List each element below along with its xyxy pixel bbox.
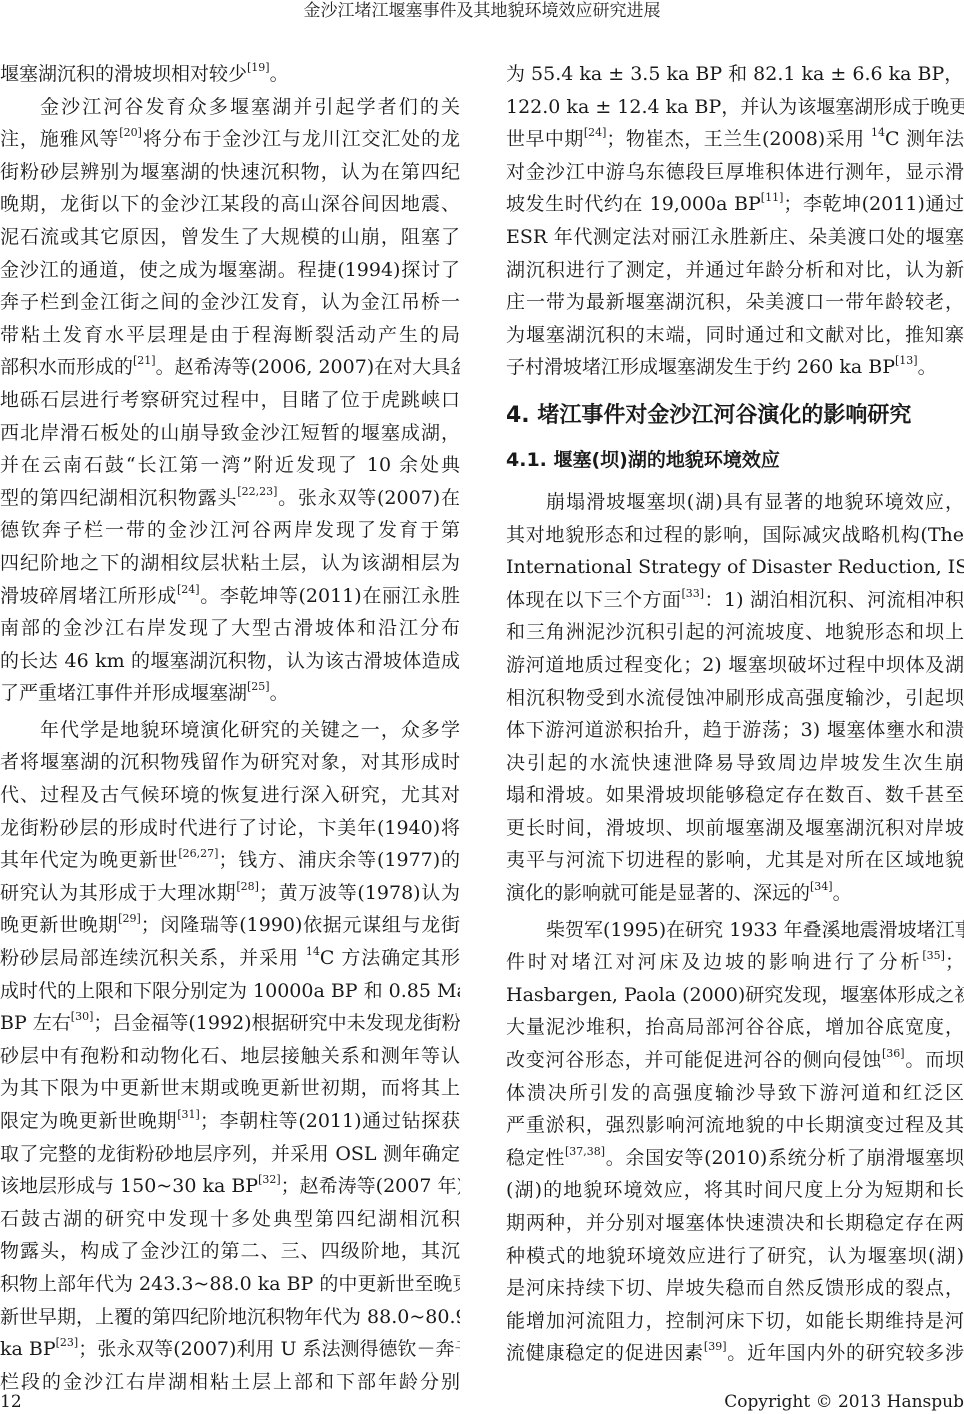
citation-ref: [23] (56, 1336, 79, 1349)
text-line: 注，施雅风等[20]将分布于金沙江与龙川江交汇处的龙 (0, 123, 460, 156)
citation-ref: [19] (247, 61, 270, 74)
text-line: 限定为晚更新世晚期[31]；李朝柱等(2011)通过钻探获 (0, 1105, 460, 1138)
text-line: 地砾石层进行考察研究过程中，目睹了位于虎跳峡口 (0, 384, 460, 417)
text-line: 为其下限为中更新世末期或晚更新世初期，而将其上 (0, 1072, 460, 1105)
text-line: 柴贺军(1995)在研究 1933 年叠溪地震滑坡堵江事 (506, 914, 964, 947)
text-line: 严重淤积，强烈影响河流地貌的中长期演变过程及其 (506, 1109, 964, 1142)
text-line: 了严重堵江事件并形成堰塞湖[25]。 (0, 677, 460, 710)
text-line: 改变河谷形态，并可能促进河谷的侧向侵蚀[36]。而坝 (506, 1044, 964, 1077)
left-column: 堰塞湖沉积的滑坡坝相对较少[19]。金沙江河谷发育众多堰塞湖并引起学者们的关注，… (0, 58, 460, 1398)
text-line: 积物上部年代为 243.3~88.0 ka BP 的中更新世至晚更 (0, 1268, 460, 1301)
text-line: 晚更新世晚期[29]；闵隆瑞等(1990)依据元谋组与龙街 (0, 909, 460, 942)
citation-ref: [29] (118, 912, 141, 925)
text-line: 流健康稳定的促进因素[39]。近年国内外的研究较多涉 (506, 1337, 964, 1370)
text-line: 者将堰塞湖的沉积物残留作为研究对象，对其形成时 (0, 746, 460, 779)
text-line: 部积水而形成的[21]。赵希涛等(2006, 2007)在对大具盆 (0, 351, 460, 384)
text-line: 夷平与河流下切进程的影响，尤其是对所在区域地貌 (506, 844, 964, 877)
text-line: 大量泥沙堆积，抬高局部河谷谷底，增加谷底宽度， (506, 1011, 964, 1044)
citation-ref: [20] (119, 126, 142, 139)
running-header: 金沙江堵江堰塞事件及其地貌环境效应研究进展 (0, 0, 964, 22)
text-line: 取了完整的龙街粉砂地层序列，并采用 OSL 测年确定 (0, 1138, 460, 1171)
text-line: 砂层中有孢粉和动物化石、地层接触关系和测年等认 (0, 1040, 460, 1073)
citation-ref: [13] (895, 354, 918, 367)
copyright: Copyright © 2013 Hanspub (724, 1392, 964, 1412)
text-line: 坡发生时代约在 19,000a BP[11]；李乾坤(2011)通过 (506, 188, 964, 221)
text-line: 体溃决所引发的高强度输沙导致下游河道和红泛区 (506, 1077, 964, 1110)
text-line: 型的第四纪湖相沉积物露头[22,23]。张永双等(2007)在 (0, 482, 460, 515)
text-line: BP 左右[30]；吕金福等(1992)根据研究中未发现龙街粉 (0, 1007, 460, 1040)
text-line: 能增加河流阻力，控制河床下切，如能长期维持是河 (506, 1305, 964, 1338)
text-line: (湖)的地貌环境效应，将其时间尺度上分为短期和长 (506, 1174, 964, 1207)
citation-ref: [28] (236, 880, 259, 893)
text-line: 122.0 ka ± 12.4 ka BP，并认为该堰塞湖形成于晚更新 (506, 91, 964, 124)
citation-ref: [36] (882, 1047, 905, 1060)
citation-ref: [39] (704, 1340, 727, 1353)
text-line: 其对地貌形态和过程的影响，国际减灾战略机构(The (506, 519, 964, 552)
citation-ref: [35] (922, 949, 945, 962)
text-line: 晚期，龙街以下的金沙江某段的高山深谷间因地震、 (0, 188, 460, 221)
text-line: 为堰塞湖沉积的末端，同时通过和文献对比，推知寨 (506, 319, 964, 352)
text-line: 该地层形成与 150~30 ka BP[32]；赵希涛等(2007 年)对 (0, 1170, 460, 1203)
text-line: 子村滑坡堵江形成堰塞湖发生于约 260 ka BP[13]。 (506, 351, 964, 384)
text-line: 的长达 46 km 的堰塞湖沉积物，认为该古滑坡体造成 (0, 645, 460, 678)
text-line: 更长时间，滑坡坝、坝前堰塞湖及堰塞湖沉积对岸坡 (506, 812, 964, 845)
text-line: 演化的影响就可能是显著的、深远的[34]。 (506, 877, 964, 910)
superscript: 14 (306, 945, 320, 958)
citation-ref: [24] (584, 126, 607, 139)
text-line: 石鼓古湖的研究中发现十多处典型第四纪湖相沉积 (0, 1203, 460, 1236)
text-line: ka BP[23]；张永双等(2007)利用 U 系法测得德钦－奔子 (0, 1333, 460, 1366)
text-line: 其年代定为晚更新世[26,27]；钱方、浦庆余等(1977)的 (0, 844, 460, 877)
text-line: 体下游河道淤积抬升，趋于游荡；3) 堰塞体壅水和溃 (506, 714, 964, 747)
text-line: 成时代的上限和下限分别定为 10000a BP 和 0.85 Ma (0, 975, 460, 1008)
text-line: 世早中期[24]；物崔杰，王兰生(2008)采用 14C 测年法 (506, 123, 964, 156)
subsection-heading: 4.1. 堰塞(坝)湖的地貌环境效应 (506, 440, 964, 480)
citation-ref: [26,27] (178, 847, 218, 860)
text-line: 德钦奔子栏一带的金沙江河谷两岸发现了发育于第 (0, 514, 460, 547)
citation-ref: [21] (133, 354, 156, 367)
text-line: 并在云南石鼓“长江第一湾”附近发现了 10 余处典 (0, 449, 460, 482)
citation-ref: [11] (761, 191, 784, 204)
text-line: 物露头，构成了金沙江的第二、三、四级阶地，其沉 (0, 1235, 460, 1268)
text-line: 体现在以下三个方面[33]：1) 湖泊相沉积、河流相冲积 (506, 584, 964, 617)
text-line: 代、过程及古气候环境的恢复进行深入研究，尤其对 (0, 779, 460, 812)
page-number: 12 (0, 1392, 22, 1412)
text-line: 游河道地质过程变化；2) 堰塞坝破坏过程中坝体及湖 (506, 649, 964, 682)
text-line: 滑坡碎屑堵江所形成[24]。李乾坤等(2011)在丽江永胜 (0, 580, 460, 613)
text-line: 泥石流或其它原因，曾发生了大规模的山崩，阻塞了 (0, 221, 460, 254)
citation-ref: [25] (247, 680, 270, 693)
text-line: 稳定性[37,38]。余国安等(2010)系统分析了崩滑堰塞坝 (506, 1142, 964, 1175)
right-column: 为 55.4 ka ± 3.5 ka BP 和 82.1 ka ± 6.6 ka… (506, 58, 964, 1370)
text-line: 年代学是地貌环境演化研究的关键之一，众多学 (0, 714, 460, 747)
text-line: 南部的金沙江右岸发现了大型古滑坡体和沿江分布 (0, 612, 460, 645)
text-line: 决引起的水流快速泄降易导致周边岸坡发生次生崩 (506, 747, 964, 780)
text-line: 金沙江的通道，使之成为堰塞湖。程捷(1994)探讨了 (0, 254, 460, 287)
text-line: 堰塞湖沉积的滑坡坝相对较少[19]。 (0, 58, 460, 91)
text-line: 奔子栏到金江街之间的金沙江发育，认为金江吊桥一 (0, 286, 460, 319)
text-line: 期两种，并分别对堰塞体快速溃决和长期稳定存在两 (506, 1207, 964, 1240)
text-line: 带粘土发育水平层理是由于程海断裂活动产生的局 (0, 319, 460, 352)
text-line: 龙街粉砂层的形成时代进行了讨论，卞美年(1940)将 (0, 812, 460, 845)
text-line: 粉砂层局部连续沉积关系，并采用 14C 方法确定其形 (0, 942, 460, 975)
text-line: 庄一带为最新堰塞湖沉积，朵美渡口一带年龄较老， (506, 286, 964, 319)
citation-ref: [31] (177, 1108, 200, 1121)
text-line: 和三角洲泥沙沉积引起的河流坡度、地貌形态和坝上 (506, 616, 964, 649)
text-line: 新世早期，上覆的第四纪阶地沉积物年代为 88.0~80.9 (0, 1301, 460, 1334)
citation-ref: [34] (810, 880, 833, 893)
text-line: 为 55.4 ka ± 3.5 ka BP 和 82.1 ka ± 6.6 ka… (506, 58, 964, 91)
text-line: 金沙江河谷发育众多堰塞湖并引起学者们的关 (0, 91, 460, 124)
superscript: 14 (871, 126, 885, 139)
text-line: 研究认为其形成于大理冰期[28]；黄万波等(1978)认为 (0, 877, 460, 910)
citation-ref: [24] (177, 583, 200, 596)
text-line: 件时对堵江对河床及边坡的影响进行了分析[35]； (506, 946, 964, 979)
text-line: 栏段的金沙江右岸湖相粘土层上部和下部年龄分别 (0, 1366, 460, 1399)
text-line: 崩塌滑坡堰塞坝(湖)具有显著的地貌环境效应， (506, 486, 964, 519)
text-line: 西北岸滑石板处的山崩导致金沙江短暂的堰塞成湖， (0, 417, 460, 450)
text-line: 对金沙江中游乌东德段巨厚堆积体进行测年，显示滑 (506, 156, 964, 189)
text-line: 相沉积物受到水流侵蚀冲刷形成高强度输沙，引起坝 (506, 682, 964, 715)
citation-ref: [30] (71, 1010, 94, 1023)
text-line: 种模式的地貌环境效应进行了研究，认为堰塞坝(湖) (506, 1240, 964, 1273)
text-line: 四纪阶地之下的湖相纹层状粘土层，认为该湖相层为 (0, 547, 460, 580)
citation-ref: [32] (258, 1173, 281, 1186)
text-line: International Strategy of Disaster Reduc… (506, 551, 964, 584)
text-line: Hasbargen, Paola (2000)研究发现，堰塞体形成之初， (506, 979, 964, 1012)
section-heading: 4. 堵江事件对金沙江河谷演化的影响研究 (506, 392, 964, 440)
text-line: 塌和滑坡。如果滑坡坝能够稳定存在数百、数千甚至 (506, 779, 964, 812)
text-line: ESR 年代测定法对丽江永胜新庄、朵美渡口处的堰塞 (506, 221, 964, 254)
text-line: 是河床持续下切、岸坡失稳而自然反馈形成的裂点， (506, 1272, 964, 1305)
citation-ref: [37,38] (565, 1145, 605, 1158)
citation-ref: [33] (681, 587, 704, 600)
text-line: 街粉砂层辨别为堰塞湖的快速沉积物，认为在第四纪 (0, 156, 460, 189)
citation-ref: [22,23] (237, 485, 277, 498)
text-line: 湖沉积进行了测定，并通过年龄分析和对比，认为新 (506, 254, 964, 287)
